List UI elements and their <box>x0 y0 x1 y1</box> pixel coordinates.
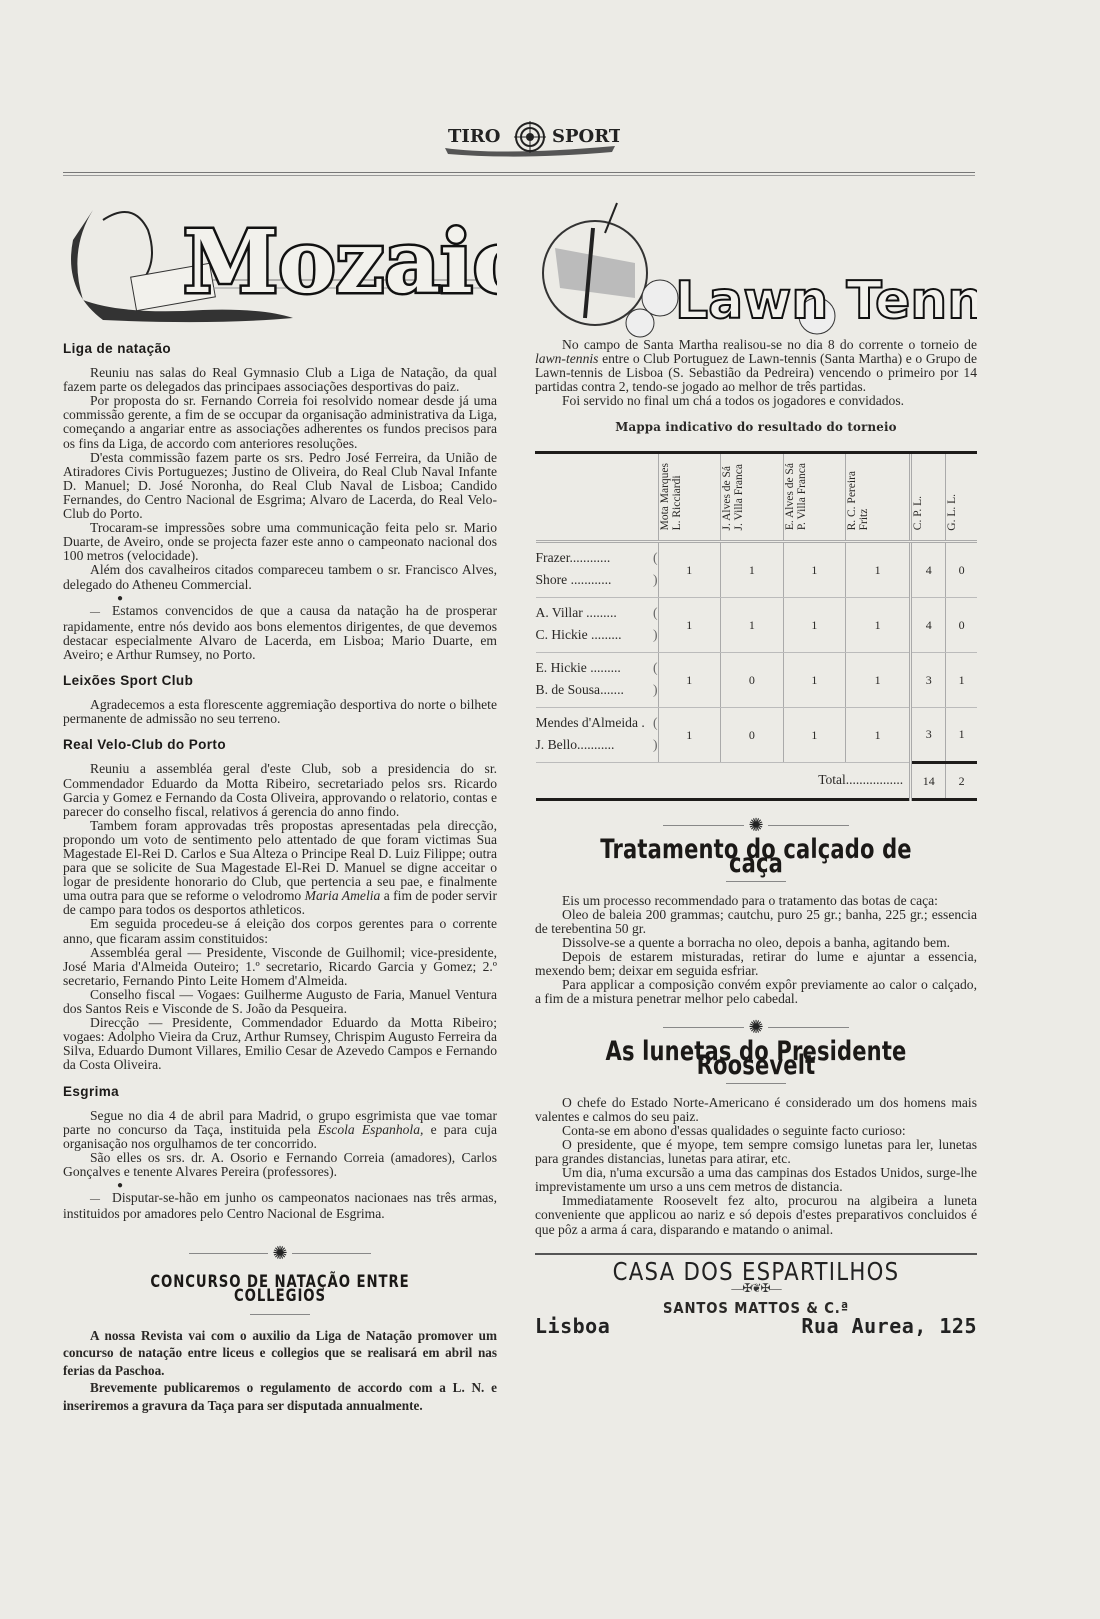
paragraph: Um dia, n'uma excursão a uma das campina… <box>535 1166 977 1194</box>
paragraph: ●—Estamos convencidos de que a causa da … <box>63 592 497 662</box>
table-header-row: Mota MarquesL. Ricciardi J. Alves de SáJ… <box>536 454 978 542</box>
pointing-hand-icon: ●— <box>90 1179 112 1207</box>
section-title-esgrima: Esgrima <box>63 1085 497 1099</box>
paragraph: Reuniu a assembléa geral d'este Club, so… <box>63 762 497 818</box>
column-header: J. Alves de SáJ. Villa Franca <box>721 454 784 542</box>
concurso-headline: CONCURSO DE NATAÇÃO ENTRE COLLEGIOS <box>111 1275 450 1303</box>
pointing-hand-icon: ●— <box>90 592 112 620</box>
svg-text:Mozaico: Mozaico <box>183 212 497 313</box>
ad-city: Lisboa <box>535 1319 610 1333</box>
section-divider: ✺ <box>535 1017 977 1037</box>
table-row: A. Villar .........(C. Hickie .........)… <box>536 597 978 652</box>
advertisement: CASA DOS ESPARTILHOS —✠❦✠— SANTOS MATTOS… <box>535 1265 977 1333</box>
paragraph: Depois de estarem misturadas, retirar do… <box>535 950 977 978</box>
paragraph: Conta-se em abono d'essas qualidades o s… <box>535 1124 977 1138</box>
column-header-cpl: C. P. L. <box>911 454 946 542</box>
ad-address: Lisboa Rua Aurea, 125 <box>535 1319 977 1333</box>
paragraph: Por proposta do sr. Fernando Correia foi… <box>63 394 497 450</box>
paragraph: A nossa Revista vai com o auxilio da Lig… <box>63 1327 497 1380</box>
advertisement-rule <box>535 1253 977 1255</box>
header-rule <box>63 172 975 176</box>
svg-text:Lawn Tennis: Lawn Tennis <box>675 271 977 331</box>
masthead-logo: TIRO SPORT <box>440 118 620 158</box>
paragraph: Trocaram-se impressões sobre uma communi… <box>63 521 497 563</box>
paragraph: São elles os srs. dr. A. Osorio e Fernan… <box>63 1151 497 1179</box>
column-header: E. Alves de SáP. Villa Franca <box>783 454 846 542</box>
paragraph: No campo de Santa Martha realisou-se no … <box>535 338 977 394</box>
tournament-results-table: Mota MarquesL. Ricciardi J. Alves de SáJ… <box>535 451 977 801</box>
section-title-leixoes: Leixões Sport Club <box>63 674 497 688</box>
lawn-tennis-banner: Lawn Tennis <box>535 188 977 338</box>
table-title: Mappa indicativo do resultado do torneio <box>535 420 977 434</box>
ad-firm-name: SANTOS MATTOS & C.ª <box>562 1301 951 1315</box>
table-row: Mendes d'Almeida .(J. Bello...........) … <box>536 707 978 762</box>
paragraph: Agradecemos a esta florescente aggremiaç… <box>63 698 497 726</box>
paragraph: Além dos cavalheiros citados compareceu … <box>63 563 497 591</box>
header-blank <box>536 454 659 542</box>
left-column: Mozaico Mozaico Liga de natação Reuniu n… <box>63 180 497 1414</box>
column-header: Mota MarquesL. Ricciardi <box>658 454 721 542</box>
paragraph: Reuniu nas salas do Real Gymnasio Club a… <box>63 366 497 394</box>
star-ornament-icon: ✺ <box>268 1243 291 1263</box>
star-ornament-icon: ✺ <box>744 815 767 835</box>
paragraph: Eis um processo recommendado para o trat… <box>535 894 977 908</box>
paragraph: Dissolve-se a quente a borracha no oleo,… <box>535 936 977 950</box>
table-row: E. Hickie .........(B. de Sousa.......) … <box>536 652 978 707</box>
short-rule <box>250 1314 310 1315</box>
paragraph: ●—Disputar-se-hão em junho os campeonato… <box>63 1179 497 1221</box>
lawn-tennis-illustration-icon: Lawn Tennis <box>535 188 977 338</box>
column-header: R. C. PereiraFritz <box>846 454 911 542</box>
paragraph: D'esta commissão fazem parte os srs. Ped… <box>63 451 497 521</box>
svg-text:TIRO: TIRO <box>448 126 500 147</box>
lunetas-headline: As lunetas do Presidente Roosevelt <box>584 1045 929 1073</box>
ad-street: Rua Aurea, 125 <box>801 1319 977 1333</box>
tratamento-headline: Tratamento do calçado de caça <box>584 843 929 871</box>
table-row: Frazer............(Shore ............) 1… <box>536 541 978 597</box>
table-total-row: Total................. 14 2 <box>536 762 978 799</box>
concurso-body: A nossa Revista vai com o auxilio da Lig… <box>63 1327 497 1415</box>
star-ornament-icon: ✺ <box>744 1017 767 1037</box>
svg-text:SPORT: SPORT <box>552 126 620 147</box>
section-divider: ✺ <box>63 1243 497 1263</box>
paragraph: Direcção — Presidente, Commendador Eduar… <box>63 1016 497 1072</box>
section-title-liga: Liga de natação <box>63 342 497 356</box>
section-divider: ✺ <box>535 815 977 835</box>
mozaico-illustration-icon: Mozaico Mozaico <box>63 180 497 330</box>
paragraph: Para applicar a composição convém expôr … <box>535 978 977 1006</box>
column-header-gll: G. L. L. <box>946 454 977 542</box>
paragraph: O chefe do Estado Norte-Americano é cons… <box>535 1096 977 1124</box>
paragraph: Conselho fiscal — Vogaes: Guilherme Augu… <box>63 988 497 1016</box>
paragraph: Foi servido no final um chá a todos os j… <box>535 394 977 408</box>
short-rule <box>726 881 786 882</box>
paragraph: Immediatamente Roosevelt fez alto, procu… <box>535 1194 977 1236</box>
paragraph: Oleo de baleia 200 grammas; cautchu, pur… <box>535 908 977 936</box>
short-rule <box>726 1083 786 1084</box>
mozaico-banner: Mozaico Mozaico <box>63 180 497 330</box>
section-title-velo-club: Real Velo-Club do Porto <box>63 738 497 752</box>
right-column: Lawn Tennis No campo de Santa Martha rea… <box>535 188 977 1333</box>
paragraph: O presidente, que é myope, tem sempre co… <box>535 1138 977 1166</box>
paragraph: Brevemente publicaremos o regulamento de… <box>63 1379 497 1414</box>
tiro-e-sport-logo-icon: TIRO SPORT <box>440 118 620 158</box>
paragraph: Assembléa geral — Presidente, Visconde d… <box>63 946 497 988</box>
paragraph: Segue no dia 4 de abril para Madrid, o g… <box>63 1109 497 1151</box>
ad-title: CASA DOS ESPARTILHOS <box>568 1265 944 1279</box>
paragraph: Em seguida procedeu-se á eleição dos cor… <box>63 917 497 945</box>
paragraph: Tambem foram approvadas três propostas a… <box>63 819 497 918</box>
